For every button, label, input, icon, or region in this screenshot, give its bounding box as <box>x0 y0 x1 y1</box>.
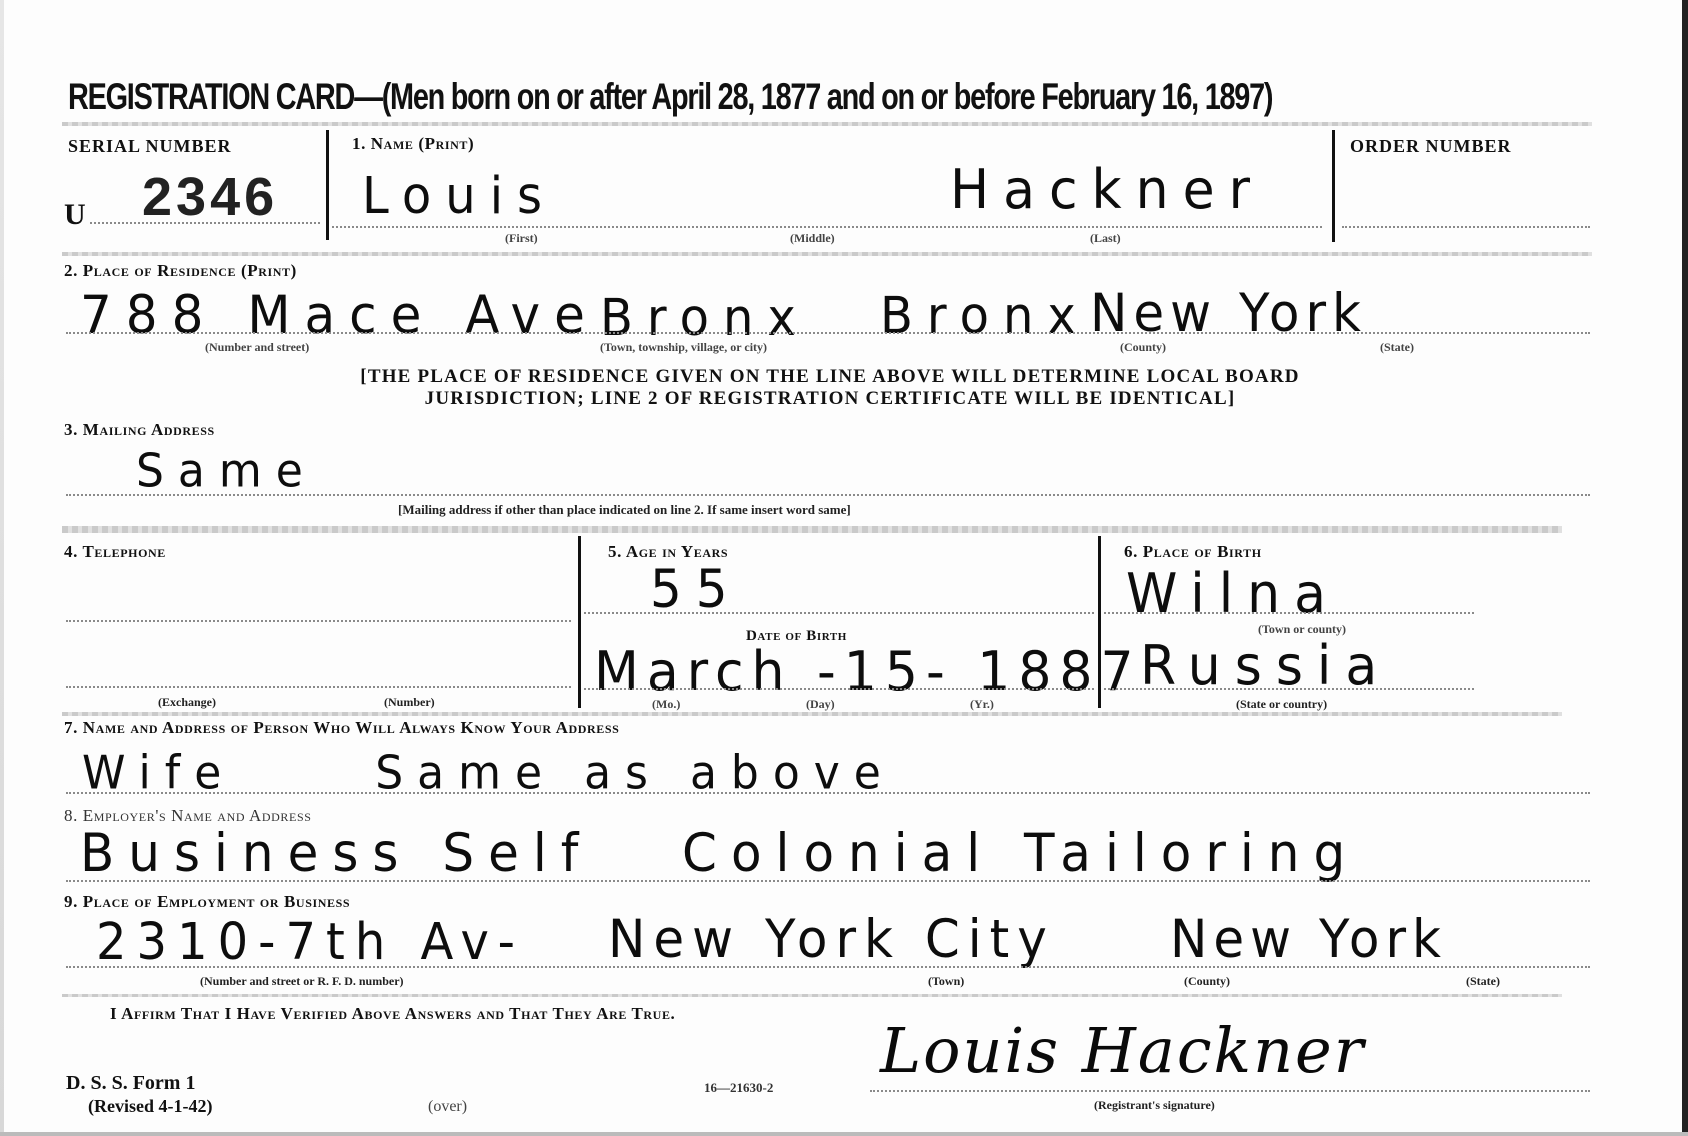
residence-street-caption: (Number and street) <box>205 340 309 355</box>
card-left-edge <box>0 0 4 1136</box>
residence-town-value: Bronx <box>600 289 810 348</box>
divider-vertical <box>1332 130 1335 242</box>
employer-line <box>66 880 1590 882</box>
serial-number-value: 2346 <box>142 166 278 228</box>
over-note: (over) <box>428 1098 467 1116</box>
residence-state-value: New York <box>1090 283 1367 344</box>
serial-line <box>90 222 320 224</box>
divider <box>62 712 1562 716</box>
divider <box>62 526 1562 533</box>
signature-line <box>870 1090 1590 1092</box>
name-first-value: Louis <box>362 167 556 226</box>
name-first-caption: (First) <box>505 231 538 246</box>
form-revised-date: (Revised 4-1-42) <box>88 1096 212 1117</box>
affirmation-text: I Affirm That I Have Verified Above Answ… <box>110 1004 675 1024</box>
birthplace-town-line <box>1104 612 1474 614</box>
birthplace-country-line <box>1104 688 1474 690</box>
card-bottom-edge <box>0 1132 1688 1136</box>
mailing-address-caption: [Mailing address if other than place ind… <box>398 502 851 518</box>
mailing-address-value: Same <box>136 445 317 499</box>
employment-street-value: 2310-7th Av- <box>96 913 525 972</box>
residence-county-value: Bronx <box>880 287 1090 346</box>
order-number-label: ORDER NUMBER <box>1350 136 1512 157</box>
employer-value: Business Self Colonial Tailoring <box>80 823 1359 884</box>
divider-vertical <box>326 130 329 240</box>
serial-number-label: SERIAL NUMBER <box>68 136 232 157</box>
birthplace-town-value: Wilna <box>1126 563 1340 626</box>
telephone-label: 4. Telephone <box>64 542 166 562</box>
dob-year-caption: (Yr.) <box>970 697 994 712</box>
divider <box>62 252 1592 256</box>
residence-street-value: 788 Mace Ave <box>80 285 599 346</box>
form-number: D. S. S. Form 1 <box>66 1072 195 1095</box>
contact-person-line <box>66 792 1590 794</box>
name-last-caption: (Last) <box>1090 231 1121 246</box>
name-last-value: Hackner <box>950 159 1264 222</box>
residence-notice-line2: JURISDICTION; LINE 2 OF REGISTRATION CER… <box>160 388 1500 410</box>
residence-label: 2. Place of Residence (Print) <box>64 261 297 281</box>
telephone-exchange-line <box>66 620 571 622</box>
card-title: REGISTRATION CARD—(Men born on or after … <box>68 76 1272 118</box>
name-line <box>332 226 1322 228</box>
mailing-line <box>66 494 1590 496</box>
residence-town-caption: (Town, township, village, or city) <box>600 340 767 355</box>
dob-month-caption: (Mo.) <box>652 697 680 712</box>
date-of-birth-line <box>584 688 1094 690</box>
telephone-number-caption: (Number) <box>384 695 435 710</box>
divider-vertical <box>1098 536 1101 708</box>
residence-county-caption: (County) <box>1120 340 1166 355</box>
employment-state-caption: (State) <box>1466 974 1500 989</box>
residence-state-caption: (State) <box>1380 340 1414 355</box>
employment-line <box>66 966 1590 968</box>
signature-caption: (Registrant's signature) <box>1094 1098 1215 1113</box>
residence-line <box>66 332 1590 334</box>
employment-street-caption: (Number and street or R. F. D. number) <box>200 974 404 989</box>
birthplace-country-caption: (State or country) <box>1236 697 1327 712</box>
card-right-edge <box>1682 0 1688 1136</box>
mailing-address-label: 3. Mailing Address <box>64 420 215 440</box>
contact-person-label: 7. Name and Address of Person Who Will A… <box>64 718 619 738</box>
employment-town-value: New York City <box>608 909 1055 970</box>
order-number-line <box>1342 226 1590 228</box>
employment-place-label: 9. Place of Employment or Business <box>64 892 350 912</box>
registration-card: REGISTRATION CARD—(Men born on or after … <box>0 0 1688 1136</box>
employment-county-value: New York <box>1170 909 1447 970</box>
age-value: 55 <box>650 559 742 620</box>
date-of-birth-value: March -15- 1887 <box>594 641 1142 704</box>
name-middle-caption: (Middle) <box>790 231 835 246</box>
birthplace-label: 6. Place of Birth <box>1124 542 1262 562</box>
residence-notice-line1: [THE PLACE OF RESIDENCE GIVEN ON THE LIN… <box>160 366 1500 388</box>
age-line <box>584 612 1094 614</box>
divider <box>62 122 1592 126</box>
divider <box>62 994 1562 997</box>
employment-county-caption: (County) <box>1184 974 1230 989</box>
divider-vertical <box>578 536 581 708</box>
employment-town-caption: (Town) <box>928 974 964 989</box>
registrant-signature: Louis Hackner <box>880 1014 1365 1087</box>
name-label: 1. Name (Print) <box>352 134 474 154</box>
telephone-exchange-caption: (Exchange) <box>158 695 216 710</box>
telephone-number-line <box>66 686 571 688</box>
print-code: 16—21630-2 <box>704 1080 773 1096</box>
serial-prefix: U <box>64 198 86 232</box>
dob-day-caption: (Day) <box>806 697 835 712</box>
